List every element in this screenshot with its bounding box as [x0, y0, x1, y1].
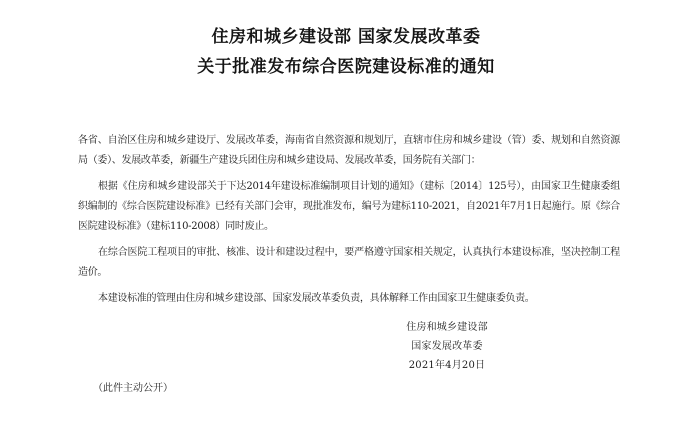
signature-block: 住房和城乡建设部 国家发展改革委 2021年4月20日	[403, 318, 491, 375]
document-title: 住房和城乡建设部 国家发展改革委 关于批准发布综合医院建设标准的通知	[0, 22, 692, 82]
salutation-paragraph: 各省、自治区住房和城乡建设厅、发展改革委，海南省自然资源和规划厅，直辖市住房和城…	[78, 131, 620, 171]
title-line-2: 关于批准发布综合医院建设标准的通知	[0, 52, 692, 82]
document-body: 各省、自治区住房和城乡建设厅、发展改革委，海南省自然资源和规划厅，直辖市住房和城…	[78, 131, 620, 315]
title-line-1: 住房和城乡建设部 国家发展改革委	[0, 22, 692, 52]
signature-org-2: 国家发展改革委	[403, 337, 491, 356]
signature-date: 2021年4月20日	[403, 356, 491, 375]
body-paragraph-management: 本建设标准的管理由住房和城乡建设部、国家发展改革委负责，具体解释工作由国家卫生健…	[78, 289, 620, 309]
body-paragraph-approval: 根据《住房和城乡建设部关于下达2014年建设标准编制项目计划的通知》（建标〔20…	[78, 177, 620, 237]
body-paragraph-compliance: 在综合医院工程项目的审批、核准、设计和建设过程中，要严格遵守国家相关规定，认真执…	[78, 243, 620, 283]
document-page: 住房和城乡建设部 国家发展改革委 关于批准发布综合医院建设标准的通知 各省、自治…	[0, 0, 692, 432]
disclosure-note: （此件主动公开）	[93, 379, 173, 399]
signature-org-1: 住房和城乡建设部	[403, 318, 491, 337]
